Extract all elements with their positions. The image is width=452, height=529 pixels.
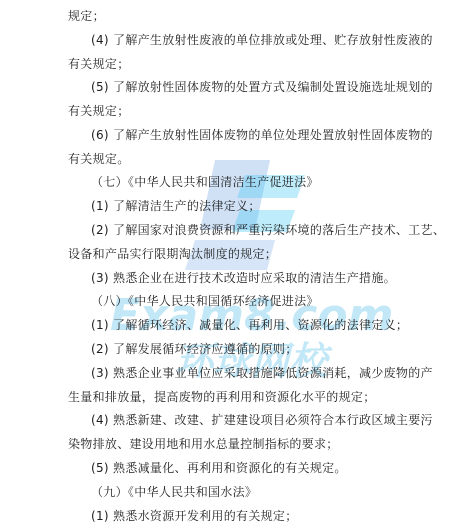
text-line: 有关规定； bbox=[68, 56, 130, 72]
text-line: (2) 了解发展循环经济应遵循的原则； bbox=[91, 341, 298, 357]
text-line: (3) 熟悉企业在进行技术改造时应采取的清洁生产措施。 bbox=[91, 270, 396, 286]
text-line: （八）《中华人民共和国循环经济促进法》 bbox=[91, 293, 319, 309]
text-line: (1) 了解循环经济、减量化、再利用、资源化的法律定义； bbox=[91, 317, 408, 333]
text-line: 规定； bbox=[68, 8, 105, 24]
text-line: (4) 熟悉新建、改建、扩建建设项目必须符合本行政区域主要污 bbox=[91, 412, 433, 428]
text-line: (4) 了解产生放射性废液的单位排放或处理、贮存放射性废液的 bbox=[91, 32, 433, 48]
text-line: 生量和排放量，提高废物的再利用和资源化水平的规定； bbox=[68, 389, 376, 405]
text-line: 有关规定。 bbox=[68, 151, 130, 167]
text-line: （七）《中华人民共和国清洁生产促进法》 bbox=[91, 174, 319, 190]
text-line: (1) 熟悉水资源开发利用的有关规定； bbox=[91, 508, 298, 524]
text-line: (6) 了解产生放射性固体废物的单位处理处置放射性固体废物的 bbox=[91, 127, 433, 143]
text-line: (3) 熟悉企业事业单位应采取措施降低资源消耗，减少废物的产 bbox=[91, 365, 433, 381]
text-line: （九）《中华人民共和国水法》 bbox=[91, 484, 257, 500]
text-line: (2) 了解国家对浪费资源和严重污染环境的落后生产技术、工艺、 bbox=[91, 222, 445, 238]
text-line: 染物排放、建设用地和用水总量控制指标的要求； bbox=[68, 436, 339, 452]
document-page: Exam8.com 环球网校 规定；(4) 了解产生放射性废液的单位排放或处理、… bbox=[0, 0, 452, 529]
text-line: (5) 了解放射性固体废物的处置方式及编制处置设施选址规划的 bbox=[91, 79, 433, 95]
text-line: 设备和产品实行限期淘汰制度的规定； bbox=[68, 246, 277, 262]
text-line: (1) 了解清洁生产的法律定义； bbox=[91, 198, 261, 214]
text-line: (5) 熟悉减量化、再利用和资源化的有关规定。 bbox=[91, 460, 347, 476]
text-line: 有关规定； bbox=[68, 103, 130, 119]
